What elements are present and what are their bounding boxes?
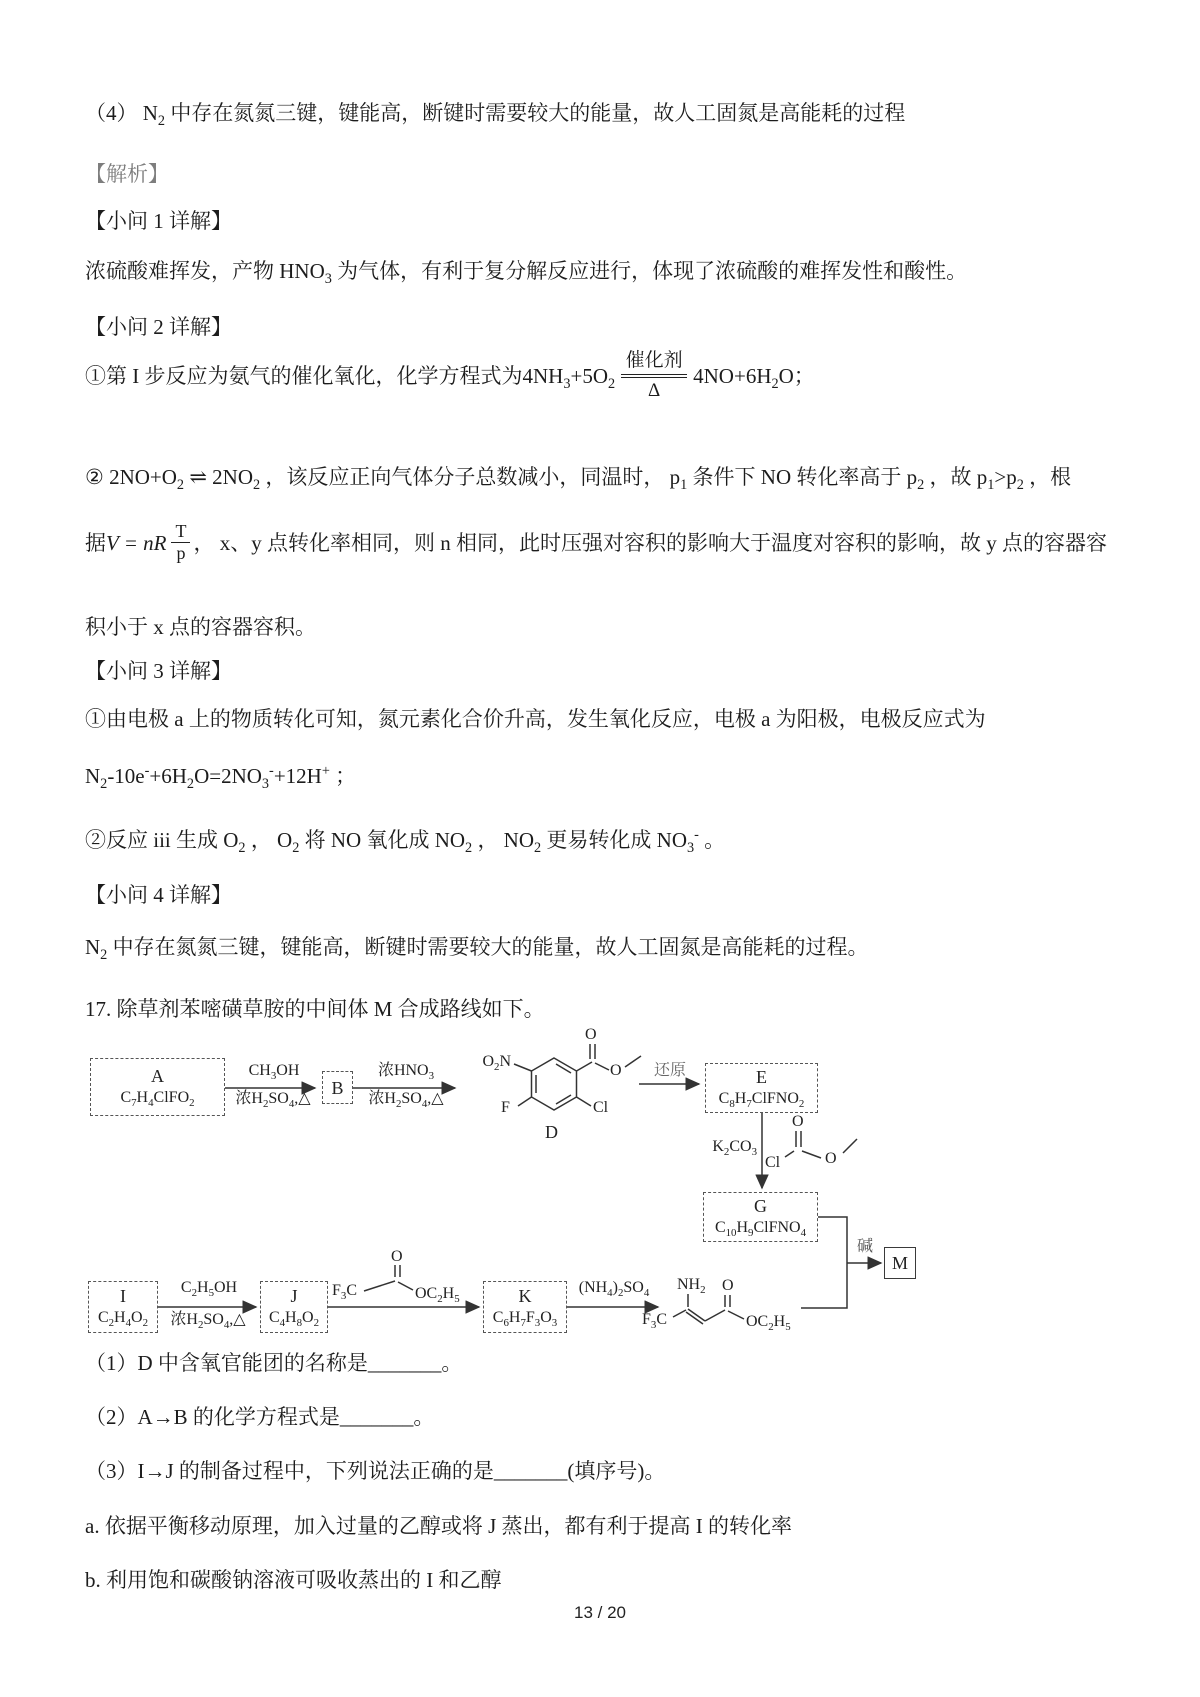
v-equation-prefix: 据 — [85, 528, 106, 558]
v-equation-rest: ， x、y 点转化率相同，则 n 相同，此时压强对容积的影响大于温度对容积的影响… — [193, 528, 1107, 558]
subq3-line1: ①由电极 a 上的物质转化可知，氮元素化合价升高，发生氧化反应，电极 a 为阳极… — [85, 704, 1115, 734]
compound-formula: C6H7F3O3 — [493, 1307, 557, 1329]
chloroformate-o-top: O — [792, 1113, 804, 1131]
v-equation-lhs: V = nR — [106, 528, 166, 558]
subq3-label: 【小问 3 详解】 — [85, 656, 1115, 686]
ester-o-d: O — [610, 1062, 622, 1080]
reagent-label-k2co3: K2CO3 — [695, 1138, 757, 1156]
compound-letter: M — [892, 1252, 908, 1274]
substituent-no2: O2N — [473, 1053, 511, 1071]
product-oet: OC2H5 — [746, 1313, 791, 1331]
reagent-label-ammonium-sulfate: (NH4)2SO4 — [567, 1279, 661, 1297]
subq1-answer: 浓硫酸难挥发，产物 HNO3 为气体，有利于复分解反应进行，体现了浓硫酸的难挥发… — [85, 256, 1115, 286]
question17-sub3: （3）I→J 的制备过程中，下列说法正确的是_______(填序号)。 — [85, 1456, 1115, 1486]
carbonyl-o-d: O — [585, 1026, 597, 1044]
subq3-electrode-equation: N2-10e-+6H2O=2NO3-+12H+ ； — [85, 761, 1115, 791]
reagent-label-ethanol: C2H5OH — [167, 1279, 251, 1297]
compound-d-label: D — [545, 1122, 558, 1143]
trifluoroacetate-o: O — [391, 1248, 403, 1266]
substituent-cl: Cl — [593, 1099, 608, 1117]
compound-formula: C7H4ClFO2 — [120, 1087, 194, 1109]
equation-rhs: 4NO+6H2O — [693, 361, 794, 391]
fraction-denominator: p — [176, 543, 185, 564]
compound-box-g: G C10H9ClFNO4 — [703, 1192, 818, 1242]
compound-letter: J — [290, 1285, 297, 1307]
compound-box-a: A C7H4ClFO2 — [90, 1058, 225, 1116]
compound-letter: A — [151, 1065, 164, 1087]
compound-formula: C8H7ClFNO2 — [719, 1088, 805, 1110]
product-f3c: F3C — [642, 1311, 667, 1329]
analysis-label: 【解析】 — [85, 159, 1115, 189]
compound-box-m: M — [884, 1247, 916, 1279]
reagent-label-methanol: CH3OH — [230, 1062, 318, 1080]
reagent-label-h2so4-3: 浓H2SO4,△ — [157, 1311, 259, 1329]
compound-letter: K — [519, 1285, 532, 1307]
compound-box-i: I C2H4O2 — [88, 1281, 158, 1333]
subq2-line4: 积小于 x 点的容器容积。 — [85, 612, 1115, 642]
reduction-label: 还原 — [641, 1062, 699, 1080]
reagent-label-h2so4-2: 浓H2SO4,△ — [353, 1090, 459, 1108]
subq4-label: 【小问 4 详解】 — [85, 880, 1115, 910]
product-o: O — [722, 1277, 734, 1295]
subq2-line2: ② 2NO+O2 ⇌ 2NO2 ，该反应正向气体分子总数减小，同温时， p1 条… — [85, 462, 1115, 492]
subq2-label: 【小问 2 详解】 — [85, 312, 1115, 342]
subq1-label: 【小问 1 详解】 — [85, 206, 1115, 236]
answer-line-4: （4） N2 中存在氮氮三键，键能高，断键时需要较大的能量，故人工固氮是高能耗的… — [85, 98, 1115, 128]
chloroformate-cl: Cl — [765, 1154, 780, 1172]
fraction-numerator: T — [171, 522, 190, 544]
question17-stem: 17. 除草剂苯嘧磺草胺的中间体 M 合成路线如下。 — [85, 994, 1115, 1024]
condition-catalyst: 催化剂 — [626, 350, 683, 372]
question17-sub1: （1）D 中含氧官能团的名称是_______。 — [85, 1348, 1115, 1378]
chloroformate-o-right: O — [825, 1150, 837, 1168]
page-number: 13 / 20 — [85, 1603, 1115, 1623]
equation-lhs: 4NH3+5O2 — [523, 361, 616, 391]
equation-prefix: ①第 I 步反应为氨气的催化氧化，化学方程式为 — [85, 361, 523, 391]
compound-formula: C4H8O2 — [269, 1307, 319, 1329]
compound-formula: C10H9ClFNO4 — [715, 1217, 806, 1239]
compound-letter: B — [331, 1077, 343, 1099]
compound-box-k: K C6H7F3O3 — [483, 1281, 567, 1333]
question17-sub2: （2）A→B 的化学方程式是_______。 — [85, 1402, 1115, 1432]
reagent-label-hno3: 浓HNO3 — [355, 1062, 457, 1080]
trifluoroacetate-f3c: F3C — [332, 1282, 357, 1300]
fraction-t-over-p: T p — [171, 522, 190, 565]
question17-option-a: a. 依据平衡移动原理，加入过量的乙醇或将 J 蒸出，都有利于提高 I 的转化率 — [85, 1511, 1115, 1541]
reaction-condition: 催化剂 Δ — [621, 350, 687, 402]
compound-letter: I — [120, 1285, 126, 1307]
compound-box-j: J C4H8O2 — [260, 1281, 328, 1333]
subq2-line3: 据 V = nR T p ， x、y 点转化率相同，则 n 相同，此时压强对容积… — [85, 522, 1115, 565]
reagent-label-h2so4-1: 浓H2SO4,△ — [223, 1090, 323, 1108]
subq3-line2: ②反应 iii 生成 O2 ， O2 将 NO 氧化成 NO2 ， NO2 更易… — [85, 825, 1115, 855]
compound-formula: C2H4O2 — [98, 1307, 148, 1329]
compound-box-e: E C8H7ClFNO2 — [705, 1063, 818, 1113]
document-page: （4） N2 中存在氮氮三键，键能高，断键时需要较大的能量，故人工固氮是高能耗的… — [0, 0, 1200, 1697]
subq4-answer: N2 中存在氮氮三键，键能高，断键时需要较大的能量，故人工固氮是高能耗的过程。 — [85, 932, 1115, 962]
equation-tail: ； — [794, 361, 815, 391]
compound-box-b: B — [322, 1071, 353, 1104]
document-content: （4） N2 中存在氮氮三键，键能高，断键时需要较大的能量，故人工固氮是高能耗的… — [0, 0, 1200, 1623]
base-label: 碱 — [849, 1238, 881, 1256]
compound-letter: E — [756, 1066, 767, 1088]
substituent-f: F — [501, 1099, 510, 1117]
equals-double-line — [621, 374, 687, 378]
condition-delta: Δ — [648, 380, 660, 402]
question17-option-b: b. 利用饱和碳酸钠溶液可吸收蒸出的 I 和乙醇 — [85, 1565, 1115, 1595]
compound-letter: G — [754, 1195, 767, 1217]
subq2-equation-line: ①第 I 步反应为氨气的催化氧化，化学方程式为 4NH3+5O2 催化剂 Δ 4… — [85, 350, 1115, 402]
synthesis-route-diagram: A C7H4ClFO2 B E C8H7ClFNO2 G C10H9ClFNO4… — [85, 1026, 1115, 1346]
trifluoroacetate-oet: OC2H5 — [415, 1285, 460, 1303]
product-nh2: NH2 — [677, 1276, 706, 1294]
